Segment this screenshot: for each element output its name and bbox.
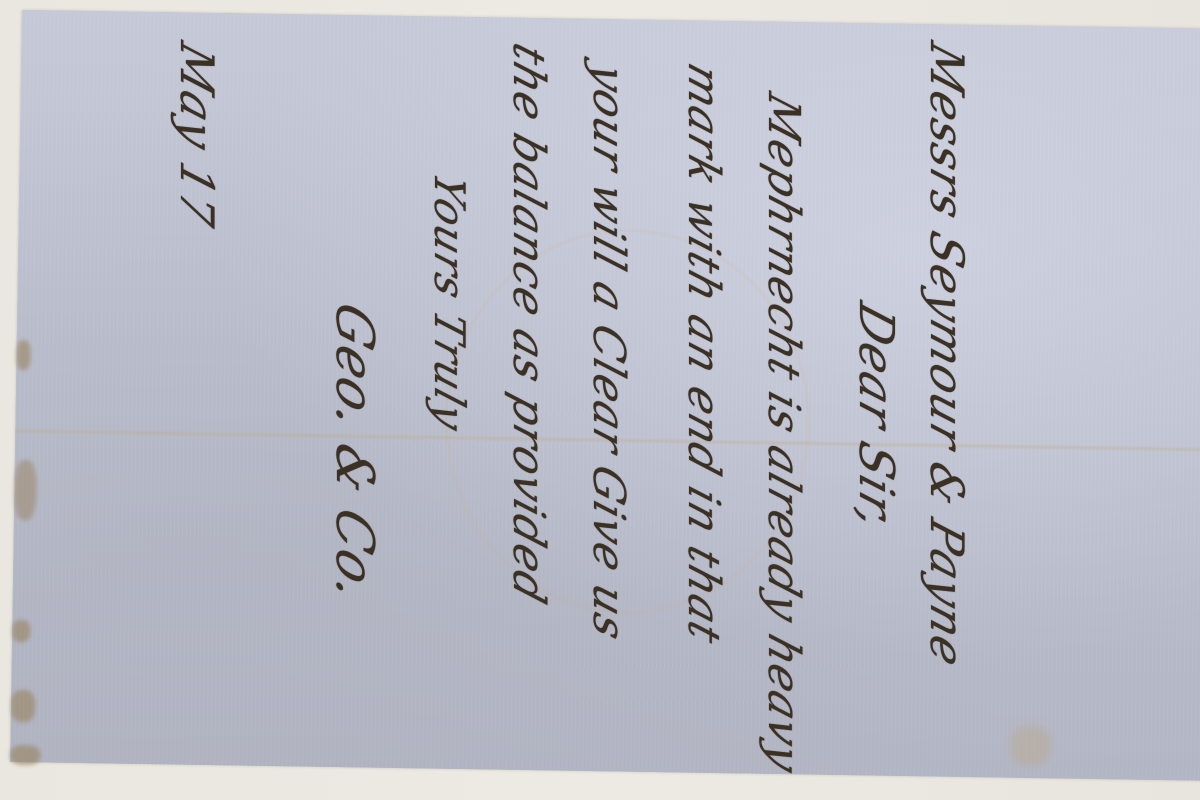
body-line: Mephrnecht is already heavy: [761, 88, 805, 779]
edge-stain: [11, 690, 35, 722]
addressee: Messrs Seymour & Payne: [924, 38, 970, 674]
closing: Yours Truly: [428, 168, 470, 436]
handwritten-letter: Messrs Seymour & Payne Dear Sir, Mephrne…: [130, 5, 990, 765]
edge-stain: [10, 745, 40, 765]
body-line: the balance as provided: [506, 38, 550, 609]
foxing-stain: [1010, 726, 1051, 767]
date: May 17: [174, 38, 220, 233]
body-line: your will a Clear Give us: [586, 58, 630, 646]
signature: Geo. & Co.: [328, 297, 380, 609]
body-line: mark with an end in that: [681, 58, 725, 649]
edge-stain: [16, 340, 30, 370]
edge-stain: [14, 460, 37, 520]
edge-stain: [12, 620, 30, 642]
salutation: Dear Sir,: [852, 297, 900, 536]
